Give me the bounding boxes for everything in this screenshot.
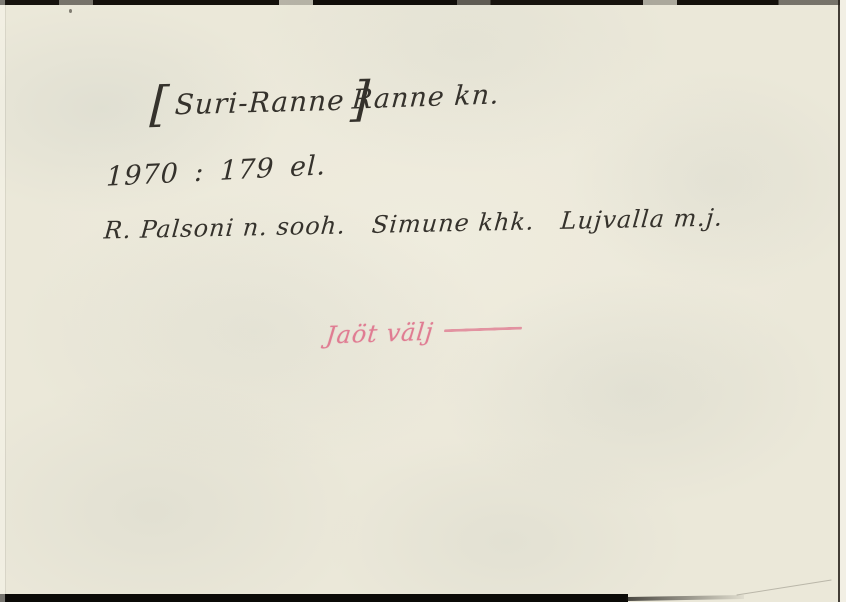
scan-right-margin — [840, 0, 846, 602]
title-right-text: Ranne kn. — [351, 79, 501, 115]
bracketed-place-name: Suri-Ranne — [174, 84, 345, 122]
open-bracket: [ — [149, 76, 170, 133]
scan-bottom-edge-fade — [626, 595, 744, 601]
scan-top-edge — [0, 0, 846, 5]
pink-annotation: Jaöt välj — [325, 315, 523, 350]
scan-bottom-edge — [0, 594, 628, 602]
pink-annotation-dash — [444, 327, 522, 333]
source-part-2: Simune khk. — [371, 207, 536, 238]
scanned-index-card: [Suri-Ranne] Ranne kn. 1970 : 179 el. R.… — [0, 0, 846, 602]
paper-speck — [69, 9, 72, 13]
title-line: [Suri-Ranne] — [149, 71, 371, 133]
source-part-3: Lujvalla m.j. — [560, 203, 725, 234]
source-part-1: R. Palsoni n. sooh. — [103, 211, 347, 244]
year-line: 1970 : 179 el. — [106, 150, 327, 193]
card-left-edge-shadow — [5, 0, 6, 602]
card-right-edge — [838, 0, 840, 602]
pink-annotation-text: Jaöt välj — [325, 318, 436, 350]
card-corner-line — [737, 579, 832, 595]
source-line: R. Palsoni n. sooh. Simune khk. Lujvalla… — [103, 203, 724, 244]
